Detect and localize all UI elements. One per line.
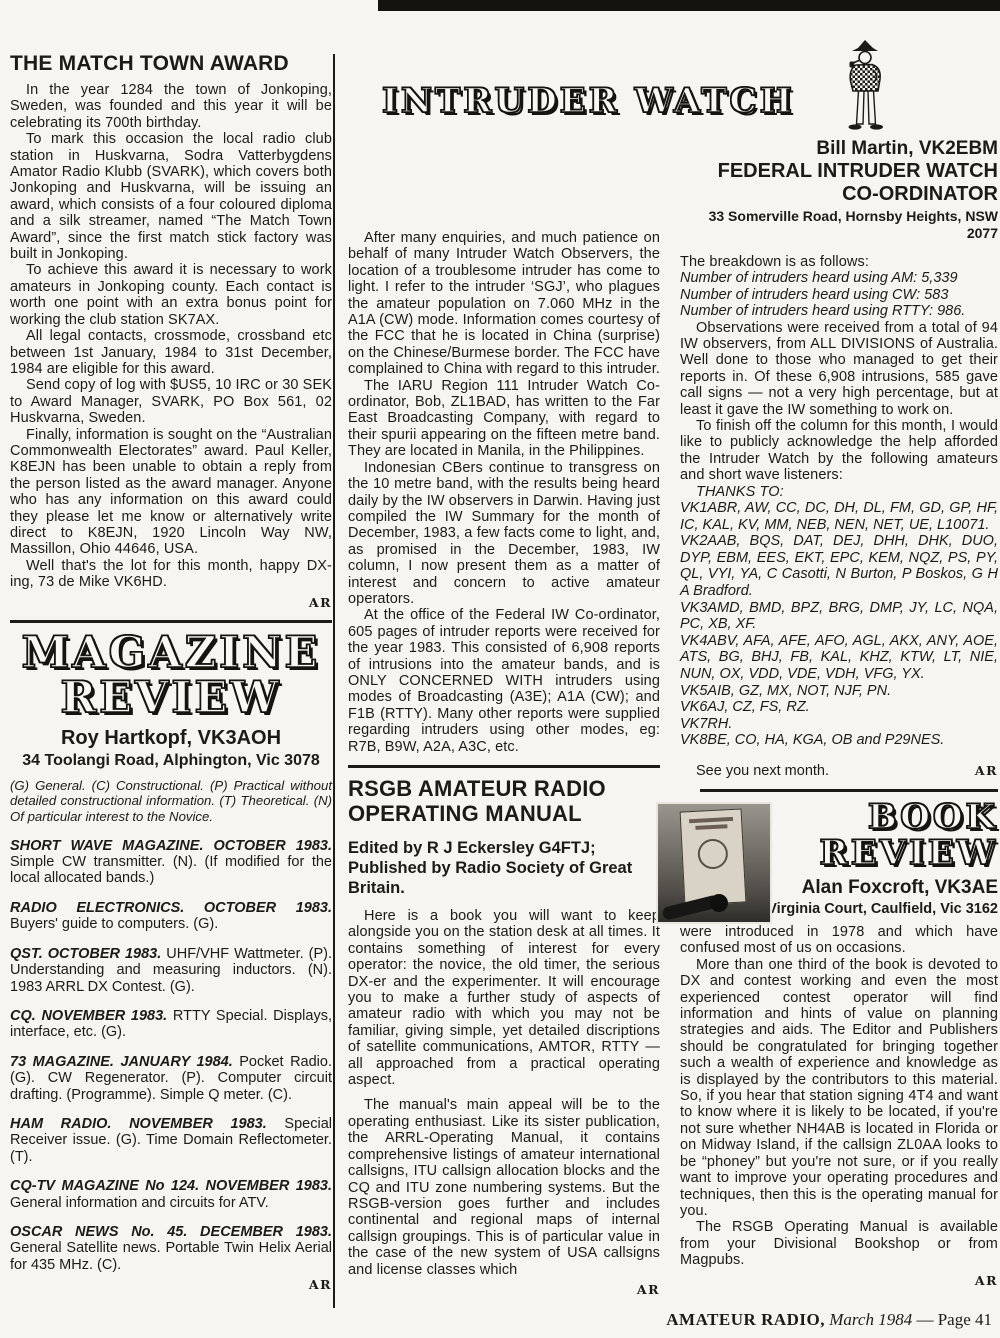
paragraph: Here is a book you will want to keep alo… — [348, 908, 660, 1088]
magazine-review-heading-line1: MAGAZINE — [10, 631, 332, 676]
magazine-review-legend: (G) General. (C) Constructional. (P) Pra… — [10, 778, 332, 825]
paragraph: To finish off the column for this month,… — [680, 418, 998, 484]
paragraph: The RSGB Operating Manual is available f… — [680, 1219, 998, 1268]
coordinator-name: Bill Martin, VK2EBM — [680, 138, 998, 160]
end-of-article-mark: AR — [10, 1277, 332, 1292]
magazine-entry-title: OSCAR NEWS No. 45. DECEMBER 1983. — [10, 1224, 332, 1240]
magazine-entry-text: General Satellite news. Portable Twin He… — [10, 1240, 332, 1272]
callsign-line: VK4ABV, AFA, AFE, AFO, AGL, AKX, ANY, AO… — [680, 633, 998, 683]
coordinator-role-line1: FEDERAL INTRUDER WATCH — [680, 160, 998, 183]
paragraph: The IARU Region 111 Intruder Watch Co-or… — [348, 378, 660, 460]
magazine-entry: QST. OCTOBER 1983. UHF/VHF Wattmeter. (P… — [10, 946, 332, 995]
magazine-entry: CQ-TV MAGAZINE No 124. NOVEMBER 1983. Ge… — [10, 1178, 332, 1211]
magazine-review-author: Roy Hartkopf, VK3AOH — [10, 727, 332, 750]
match-town-award-body: In the year 1284 the town of Jonkoping, … — [10, 82, 332, 591]
middle-column: After many enquiries, and much patience … — [348, 230, 660, 1297]
breakdown-intro: The breakdown is as follows: — [680, 254, 998, 270]
magazine-entry-text: Simple CW transmitter. (N). (If modified… — [10, 854, 332, 886]
magazine-entry: RADIO ELECTRONICS. OCTOBER 1983. Buyers'… — [10, 900, 332, 933]
paragraph: The manual's main appeal will be to the … — [348, 1097, 660, 1277]
magazine-entry-title: CQ. NOVEMBER 1983. — [10, 1008, 167, 1024]
magazine-entry-title: RADIO ELECTRONICS. OCTOBER 1983. — [10, 900, 332, 916]
rsgb-review-title: RSGB AMATEUR RADIO OPERATING MANUAL — [348, 776, 660, 826]
book-cover-title-bar — [689, 817, 733, 823]
end-of-article-mark: AR — [10, 595, 332, 610]
microphone-head-in-photo — [710, 894, 728, 912]
magazine-entry-title: SHORT WAVE MAGAZINE. OCTOBER 1983. — [10, 838, 332, 854]
page-footer: AMATEUR RADIO, March 1984 — Page 41 — [666, 1310, 992, 1330]
match-town-award-title: THE MATCH TOWN AWARD — [10, 52, 332, 76]
paragraph: More than one third of the book is devot… — [680, 957, 998, 1220]
magazine-entry-title: 73 MAGAZINE. JANUARY 1984. — [10, 1054, 233, 1070]
callsign-line: VK2AAB, BQS, DAT, DEJ, DHH, DHK, DUO, DY… — [680, 533, 998, 599]
magazine-entry-text: General information and circuits for ATV… — [10, 1195, 269, 1211]
paragraph: All legal contacts, crossmode, crossband… — [10, 328, 332, 377]
magazine-entry: OSCAR NEWS No. 45. DECEMBER 1983. Genera… — [10, 1224, 332, 1273]
paragraph: After many enquiries, and much patience … — [348, 230, 660, 378]
intruder-watch-body-right-cont: Observations were received from a total … — [680, 320, 998, 500]
thanks-label: THANKS TO: — [680, 484, 998, 500]
book-cover-title-bar — [695, 824, 727, 830]
end-of-article-mark: AR — [348, 1282, 660, 1297]
signoff-row: See you next month. AR — [680, 759, 998, 779]
paragraph: Indonesian CBers continue to transgress … — [348, 460, 660, 608]
intruder-watch-body-left: After many enquiries, and much patience … — [348, 230, 660, 755]
breakdown-stat-cw: Number of intruders heard using CW: 583 — [680, 287, 998, 303]
rsgb-manual-review: RSGB AMATEUR RADIO OPERATING MANUAL Edit… — [348, 776, 660, 1297]
operating-manual-book-photo — [656, 802, 772, 924]
paragraph: In the year 1284 the town of Jonkoping, … — [10, 82, 332, 131]
magazine-entry: CQ. NOVEMBER 1983. RTTY Special. Display… — [10, 1008, 332, 1041]
callsign-line: VK5AIB, GZ, MX, NOT, NJF, PN. — [680, 683, 998, 700]
magazine-review-heading: MAGAZINE REVIEW — [10, 631, 332, 721]
rsgb-review-title-line2: OPERATING MANUAL — [348, 801, 660, 826]
book-review-section: BOOK REVIEW Alan Foxcroft, VK3AE 11 Virg… — [680, 800, 998, 1288]
coordinator-address: 33 Somerville Road, Hornsby Heights, NSW… — [680, 208, 998, 242]
end-of-article-mark: AR — [975, 763, 998, 778]
footer-page-number: — Page 41 — [916, 1310, 992, 1329]
magazine-review-entries: SHORT WAVE MAGAZINE. OCTOBER 1983. Simpl… — [10, 838, 332, 1274]
paragraph: Finally, information is sought on the “A… — [10, 427, 332, 558]
footer-magazine-name: AMATEUR RADIO, — [666, 1310, 825, 1329]
callsign-line: VK8BE, CO, HA, KGA, OB and P29NES. — [680, 732, 998, 749]
intruder-watch-body-right: The breakdown is as follows: — [680, 254, 998, 270]
intruder-watch-heading: INTRUDER WATCH — [382, 84, 754, 120]
book-review-body: were introduced in 1978 and which have c… — [680, 924, 998, 1269]
breakdown-stat-rtty: Number of intruders heard using RTTY: 98… — [680, 303, 998, 319]
magazine-entry-title: QST. OCTOBER 1983. — [10, 946, 161, 962]
coordinator-block: Bill Martin, VK2EBM FEDERAL INTRUDER WAT… — [680, 138, 998, 242]
left-column: THE MATCH TOWN AWARD In the year 1284 th… — [10, 52, 332, 1292]
magazine-entry-title: HAM RADIO. NOVEMBER 1983. — [10, 1116, 267, 1132]
magazine-entry-title: CQ-TV MAGAZINE No 124. NOVEMBER 1983. — [10, 1178, 332, 1194]
footer-issue-date: March 1984 — [825, 1310, 916, 1329]
magazine-review-address: 34 Toolangi Road, Alphington, Vic 3078 — [10, 752, 332, 770]
magazine-entry: HAM RADIO. NOVEMBER 1983. Special Receiv… — [10, 1116, 332, 1165]
magazine-entry: SHORT WAVE MAGAZINE. OCTOBER 1983. Simpl… — [10, 838, 332, 887]
rsgb-review-body: Here is a book you will want to keep alo… — [348, 908, 660, 1278]
breakdown-stat-am: Number of intruders heard using AM: 5,33… — [680, 270, 998, 286]
rsgb-review-title-line1: RSGB AMATEUR RADIO — [348, 776, 660, 801]
magazine-entry: 73 MAGAZINE. JANUARY 1984. Pocket Radio.… — [10, 1054, 332, 1103]
paragraph: To achieve this award it is necessary to… — [10, 262, 332, 328]
paragraph: Well that's the lot for this month, happ… — [10, 558, 332, 591]
end-of-article-mark: AR — [680, 1273, 998, 1288]
magazine-review-heading-line2: REVIEW — [10, 676, 332, 721]
book-cover — [680, 808, 747, 905]
book-cover-logo — [697, 838, 729, 870]
callsign-line: VK6AJ, CZ, FS, RZ. — [680, 699, 998, 716]
section-divider-rule — [348, 765, 660, 768]
paragraph: At the office of the Federal IW Co-ordin… — [348, 607, 660, 755]
book-review-header: BOOK REVIEW Alan Foxcroft, VK3AE 11 Virg… — [680, 800, 998, 924]
paragraph: were introduced in 1978 and which have c… — [680, 924, 998, 957]
paragraph: Send copy of log with $US5, 10 IRC or 30… — [10, 377, 332, 426]
rsgb-review-byline: Edited by R J Eckersley G4FTJ; Published… — [348, 838, 660, 898]
thanks-callsign-list: VK1ABR, AW, CC, DC, DH, DL, FM, GD, GP, … — [680, 500, 998, 749]
section-divider-rule — [10, 620, 332, 623]
top-black-bar — [378, 0, 1000, 11]
paragraph: To mark this occasion the local radio cl… — [10, 131, 332, 262]
column-divider-rule — [333, 54, 335, 1308]
coordinator-role-line2: CO-ORDINATOR — [680, 183, 998, 206]
pipe-smoking-man-cartoon-icon — [840, 38, 892, 139]
right-column: Bill Martin, VK2EBM FEDERAL INTRUDER WAT… — [680, 138, 998, 1288]
magazine-entry-text: Buyers' guide to computers. (G). — [10, 916, 218, 932]
magazine-page: THE MATCH TOWN AWARD In the year 1284 th… — [0, 0, 1000, 1338]
paragraph: Observations were received from a total … — [680, 320, 998, 418]
breakdown-stats: Number of intruders heard using AM: 5,33… — [680, 270, 998, 319]
callsign-line: VK7RH. — [680, 716, 998, 733]
callsign-line: VK1ABR, AW, CC, DC, DH, DL, FM, GD, GP, … — [680, 500, 998, 533]
section-divider-rule — [700, 789, 998, 792]
callsign-line: VK3AMD, BMD, BPZ, BRG, DMP, JY, LC, NQA,… — [680, 600, 998, 633]
signoff-text: See you next month. — [680, 763, 829, 779]
